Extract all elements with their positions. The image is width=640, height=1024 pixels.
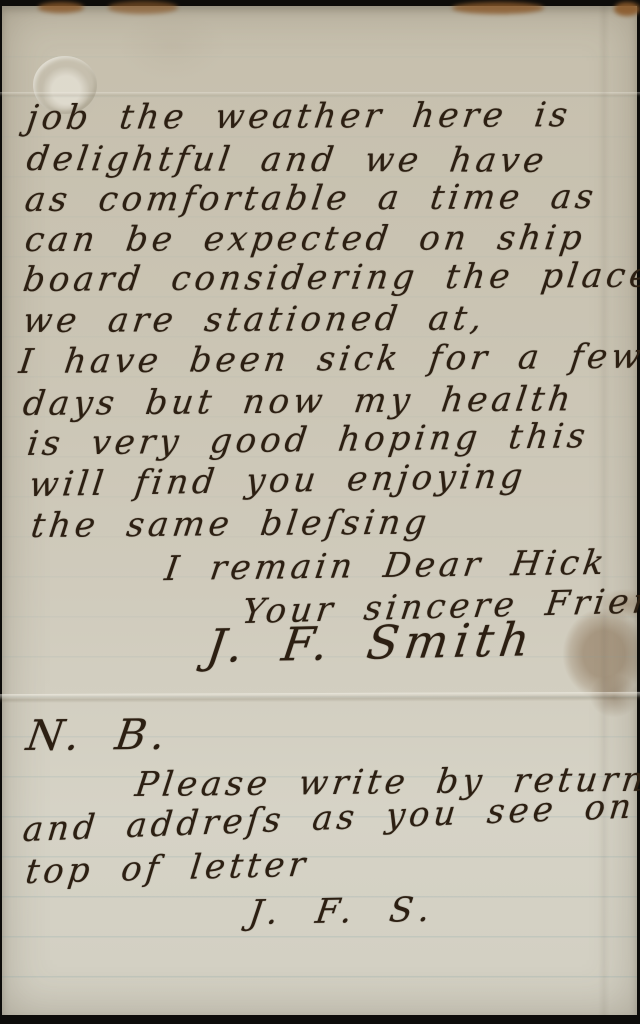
letter-line: delightful and we have — [24, 139, 550, 181]
postscript-line: top of letter — [23, 845, 311, 893]
letter-line: job the weather here is — [25, 95, 574, 138]
postscript-initials: J. F. S. — [246, 890, 439, 933]
letter-line: we are stationed at, — [21, 299, 489, 341]
postscript-heading: N. B. — [24, 715, 173, 756]
border-stain — [108, 1, 178, 14]
fold-crease — [598, 6, 610, 1015]
border-stain — [38, 2, 84, 13]
letter-line: can be expected on ship — [23, 218, 589, 260]
letter-line: the same bleſsing — [29, 503, 433, 547]
signature: J. F. Smith — [205, 619, 539, 666]
scanned-letter: job the weather here is delightful and w… — [0, 0, 640, 1024]
border-stain — [452, 2, 544, 14]
letter-line: board considering the place — [21, 256, 640, 300]
border-stain — [614, 2, 640, 16]
letter-line: I have been sick for a few — [17, 337, 640, 383]
closing-line: I remain Dear Hick — [162, 543, 610, 589]
letter-line: as comfortable a time as — [23, 177, 600, 220]
